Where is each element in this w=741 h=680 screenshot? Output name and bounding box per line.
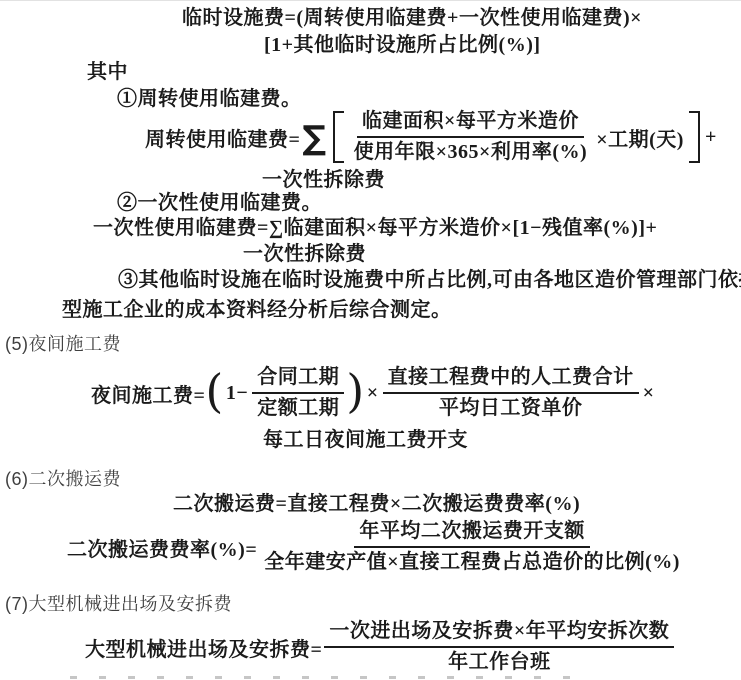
cutoff-next-line-fragment — [70, 676, 590, 679]
formula-secondary-handling-fee: 二次搬运费=直接工程费×二次搬运费费率(%) — [173, 492, 580, 517]
fraction-denominator: 年工作台班 — [443, 648, 556, 674]
item3-paragraph-line1: ③其他临时设施在临时设施费中所占比例,可由各地区造价管理部门依据典 — [118, 268, 741, 293]
item1-heading: ①周转使用临建费。 — [117, 87, 302, 112]
times-duration-term: ×工期(天) — [596, 123, 684, 152]
formula-revolving-temp-fee: 周转使用临建费= ∑ 临建面积×每平方米造价 使用年限×365×利用率(%) ×… — [145, 110, 719, 164]
formula-large-machinery-fee: 大型机械进出场及安拆费= 一次进出场及安拆费×年平均安拆次数 年工作台班 — [85, 620, 676, 674]
item1-carry-line: 一次性拆除费 — [262, 168, 385, 193]
times-operator: × — [367, 382, 379, 405]
fraction-denominator: 定额工期 — [252, 394, 344, 420]
page-top-border — [0, 0, 741, 1]
section5-label: (5)夜间施工费 — [5, 330, 121, 356]
fraction: 合同工期 定额工期 — [252, 366, 344, 420]
fraction: 年平均二次搬运费开支额 全年建安产值×直接工程费占总造价的比例(%) — [259, 520, 685, 574]
formula-night-work-fee: 夜间施工费= ( 1− 合同工期 定额工期 ) × 直接工程费中的人工费合计 平… — [91, 366, 657, 420]
fraction-numerator: 一次进出场及安拆费×年平均安拆次数 — [324, 620, 674, 648]
fraction-numerator: 合同工期 — [252, 366, 344, 394]
section7-label: (7)大型机械进出场及安拆费 — [5, 590, 232, 616]
item2-heading: ②一次性使用临建费。 — [117, 191, 322, 216]
fraction-numerator: 年平均二次搬运费开支额 — [354, 520, 590, 548]
formula-lhs: 二次搬运费费率(%)= — [67, 533, 257, 562]
left-bracket-icon — [333, 111, 344, 163]
night-fee-carry-line: 每工日夜间施工费开支 — [263, 428, 468, 453]
right-bracket-icon — [689, 111, 700, 163]
formula-onetime-temp-fee: 一次性使用临建费=∑临建面积×每平方米造价×[1−残值率(%)]+ — [93, 216, 657, 241]
fraction-denominator: 全年建安产值×直接工程费占总造价的比例(%) — [259, 548, 685, 574]
sigma-icon: ∑ — [302, 121, 326, 154]
document-page: 临时设施费=(周转使用临建费+一次性使用临建费)× [1+其他临时设施所占比例(… — [0, 0, 741, 680]
lead-in-qizhong: 其中 — [87, 60, 128, 85]
fraction-numerator: 直接工程费中的人工费合计 — [383, 366, 639, 394]
item3-paragraph-line2: 型施工企业的成本资料经分析后综合测定。 — [62, 298, 452, 323]
fraction-denominator: 平均日工资单价 — [434, 394, 588, 420]
fraction: 临建面积×每平方米造价 使用年限×365×利用率(%) — [349, 110, 593, 164]
formula-secondary-handling-rate: 二次搬运费费率(%)= 年平均二次搬运费开支额 全年建安产值×直接工程费占总造价… — [67, 520, 687, 574]
item2-carry-line: 一次性拆除费 — [243, 242, 366, 267]
formula-lhs: 大型机械进出场及安拆费= — [85, 633, 322, 662]
fraction: 直接工程费中的人工费合计 平均日工资单价 — [383, 366, 639, 420]
one-minus-term: 1− — [226, 382, 248, 405]
right-paren-icon: ) — [346, 372, 364, 411]
times-operator: × — [643, 382, 655, 405]
formula-temp-facility-line1: 临时设施费=(周转使用临建费+一次性使用临建费)× — [182, 6, 642, 31]
fraction: 一次进出场及安拆费×年平均安拆次数 年工作台班 — [324, 620, 674, 674]
plus-operator: + — [705, 126, 717, 149]
fraction-denominator: 使用年限×365×利用率(%) — [349, 138, 593, 164]
formula-lhs: 周转使用临建费= — [145, 123, 300, 152]
left-paren-icon: ( — [205, 372, 223, 411]
fraction-numerator: 临建面积×每平方米造价 — [357, 110, 584, 138]
section6-label: (6)二次搬运费 — [5, 465, 121, 491]
formula-lhs: 夜间施工费= — [91, 379, 205, 408]
formula-temp-facility-line2: [1+其他临时设施所占比例(%)] — [264, 33, 541, 58]
